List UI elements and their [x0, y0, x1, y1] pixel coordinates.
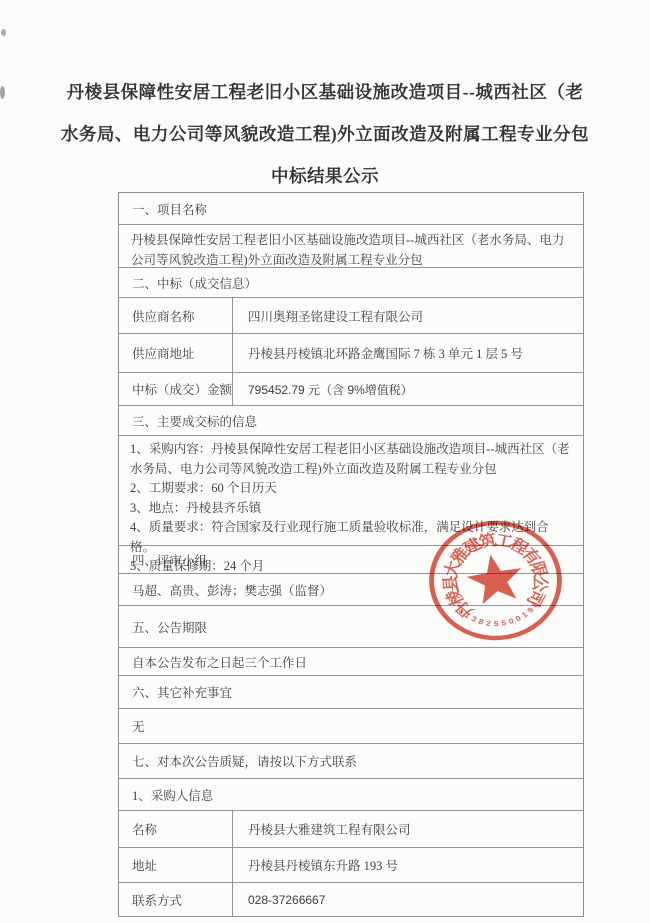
section-heading-text: 一、项目名称: [132, 200, 207, 218]
row-label: 供应商地址: [119, 334, 233, 372]
svg-text:8: 8: [477, 617, 485, 627]
title-line-3: 中标结果公示: [0, 155, 650, 197]
project-name-content: 丹棱县保障性安居工程老旧小区基础设施改造项目--城西社区（老水务局、电力公司等风…: [119, 225, 583, 268]
svg-text:0: 0: [508, 616, 516, 626]
section-heading-project-name: 一、项目名称: [119, 193, 583, 225]
section-heading-other-matters: 六、其它补充事宜: [119, 676, 583, 709]
row-label: 名称: [119, 811, 233, 847]
svg-text:2: 2: [486, 619, 493, 628]
section-heading-award-info: 二、中标（成交信息）: [119, 268, 583, 298]
table-row-purchaser-name: 名称 丹棱县大雅建筑工程有限公司: [119, 811, 583, 848]
scanned-announcement-page: 丹棱县保障性安居工程老旧小区基础设施改造项目--城西社区（老 水务局、电力公司等…: [0, 0, 650, 923]
title-line-2: 水务局、电力公司等风貌改造工程)外立面改造及附属工程专业分包: [0, 113, 650, 155]
row-label: 联系方式: [119, 883, 233, 916]
svg-text:5: 5: [501, 618, 508, 627]
section-heading-text: 二、中标（成交信息）: [132, 274, 257, 292]
project-name-text: 丹棱县保障性安居工程老旧小区基础设施改造项目--城西社区（老水务局、电力公司等风…: [131, 233, 564, 267]
other-matters-content: 无: [119, 709, 583, 744]
svg-text:3: 3: [470, 614, 479, 624]
row-value: 028-37266667: [233, 893, 583, 907]
section-heading-text: 七、对本次公告质疑，请按以下方式联系: [132, 752, 357, 770]
row-label: 地址: [119, 848, 233, 882]
row-value: 丹棱县大雅建筑工程有限公司: [233, 820, 583, 838]
section-heading-text: 五、公告期限: [132, 618, 207, 636]
row-label: 供应商名称: [119, 298, 233, 333]
list-item: 2、工期要求：60 个日历天: [130, 479, 573, 499]
table-row-purchaser-phone: 联系方式 028-37266667: [119, 883, 583, 916]
row-value: 795452.79 元（含 9%增值税）: [233, 381, 583, 398]
list-item: 1、采购内容：丹棱县保障性安居工程老旧小区基础设施改造项目--城西社区（老水务局…: [130, 440, 573, 479]
review-panel-names: 马超、高贵、彭涛；樊志强（监督）: [132, 581, 332, 599]
list-item: 3、地点：丹棱县齐乐镇: [130, 499, 573, 519]
section-heading-text: 三、主要成交标的信息: [132, 412, 257, 430]
row-value: 四川奥翔圣铭建设工程有限公司: [233, 307, 583, 325]
section-heading-text: 六、其它补充事宜: [132, 683, 232, 701]
row-label: 中标（成交）金额: [119, 373, 233, 405]
row-value: 丹棱县丹棱镇东升路 193 号: [233, 856, 583, 874]
svg-text:5: 5: [494, 619, 499, 628]
section-heading-main-deal-info: 三、主要成交标的信息: [119, 406, 583, 436]
table-row-purchaser-address: 地址 丹棱县丹棱镇东升路 193 号: [119, 848, 583, 883]
company-seal: 丹 棱 县 大 雅 建 筑 工 程 有 限 公 司 5 1 3 8 2 5: [426, 518, 565, 643]
table-row-supplier-address: 供应商地址 丹棱县丹棱镇北环路金鹰国际 7 栋 3 单元 1 层 5 号: [119, 334, 583, 373]
row-value: 丹棱县丹棱镇北环路金鹰国际 7 栋 3 单元 1 层 5 号: [233, 344, 583, 362]
other-matters-text: 无: [132, 717, 145, 735]
section-heading-contact: 七、对本次公告质疑，请按以下方式联系: [119, 744, 583, 779]
section-heading-text: 四、评审小组: [132, 551, 207, 569]
star-icon: [463, 550, 527, 605]
announcement-period-text: 自本公告发布之日起三个工作日: [132, 653, 307, 671]
table-row-award-amount: 中标（成交）金额 795452.79 元（含 9%增值税）: [119, 373, 583, 406]
subsection-heading-text: 1、采购人信息: [132, 786, 213, 804]
title-line-1: 丹棱县保障性安居工程老旧小区基础设施改造项目--城西社区（老: [0, 71, 650, 113]
document-title: 丹棱县保障性安居工程老旧小区基础设施改造项目--城西社区（老 水务局、电力公司等…: [0, 71, 650, 197]
scan-speck: [1, 29, 6, 36]
table-row-supplier-name: 供应商名称 四川奥翔圣铭建设工程有限公司: [119, 298, 583, 334]
announcement-period-content: 自本公告发布之日起三个工作日: [119, 648, 583, 676]
subsection-heading-purchaser-info: 1、采购人信息: [119, 779, 583, 811]
